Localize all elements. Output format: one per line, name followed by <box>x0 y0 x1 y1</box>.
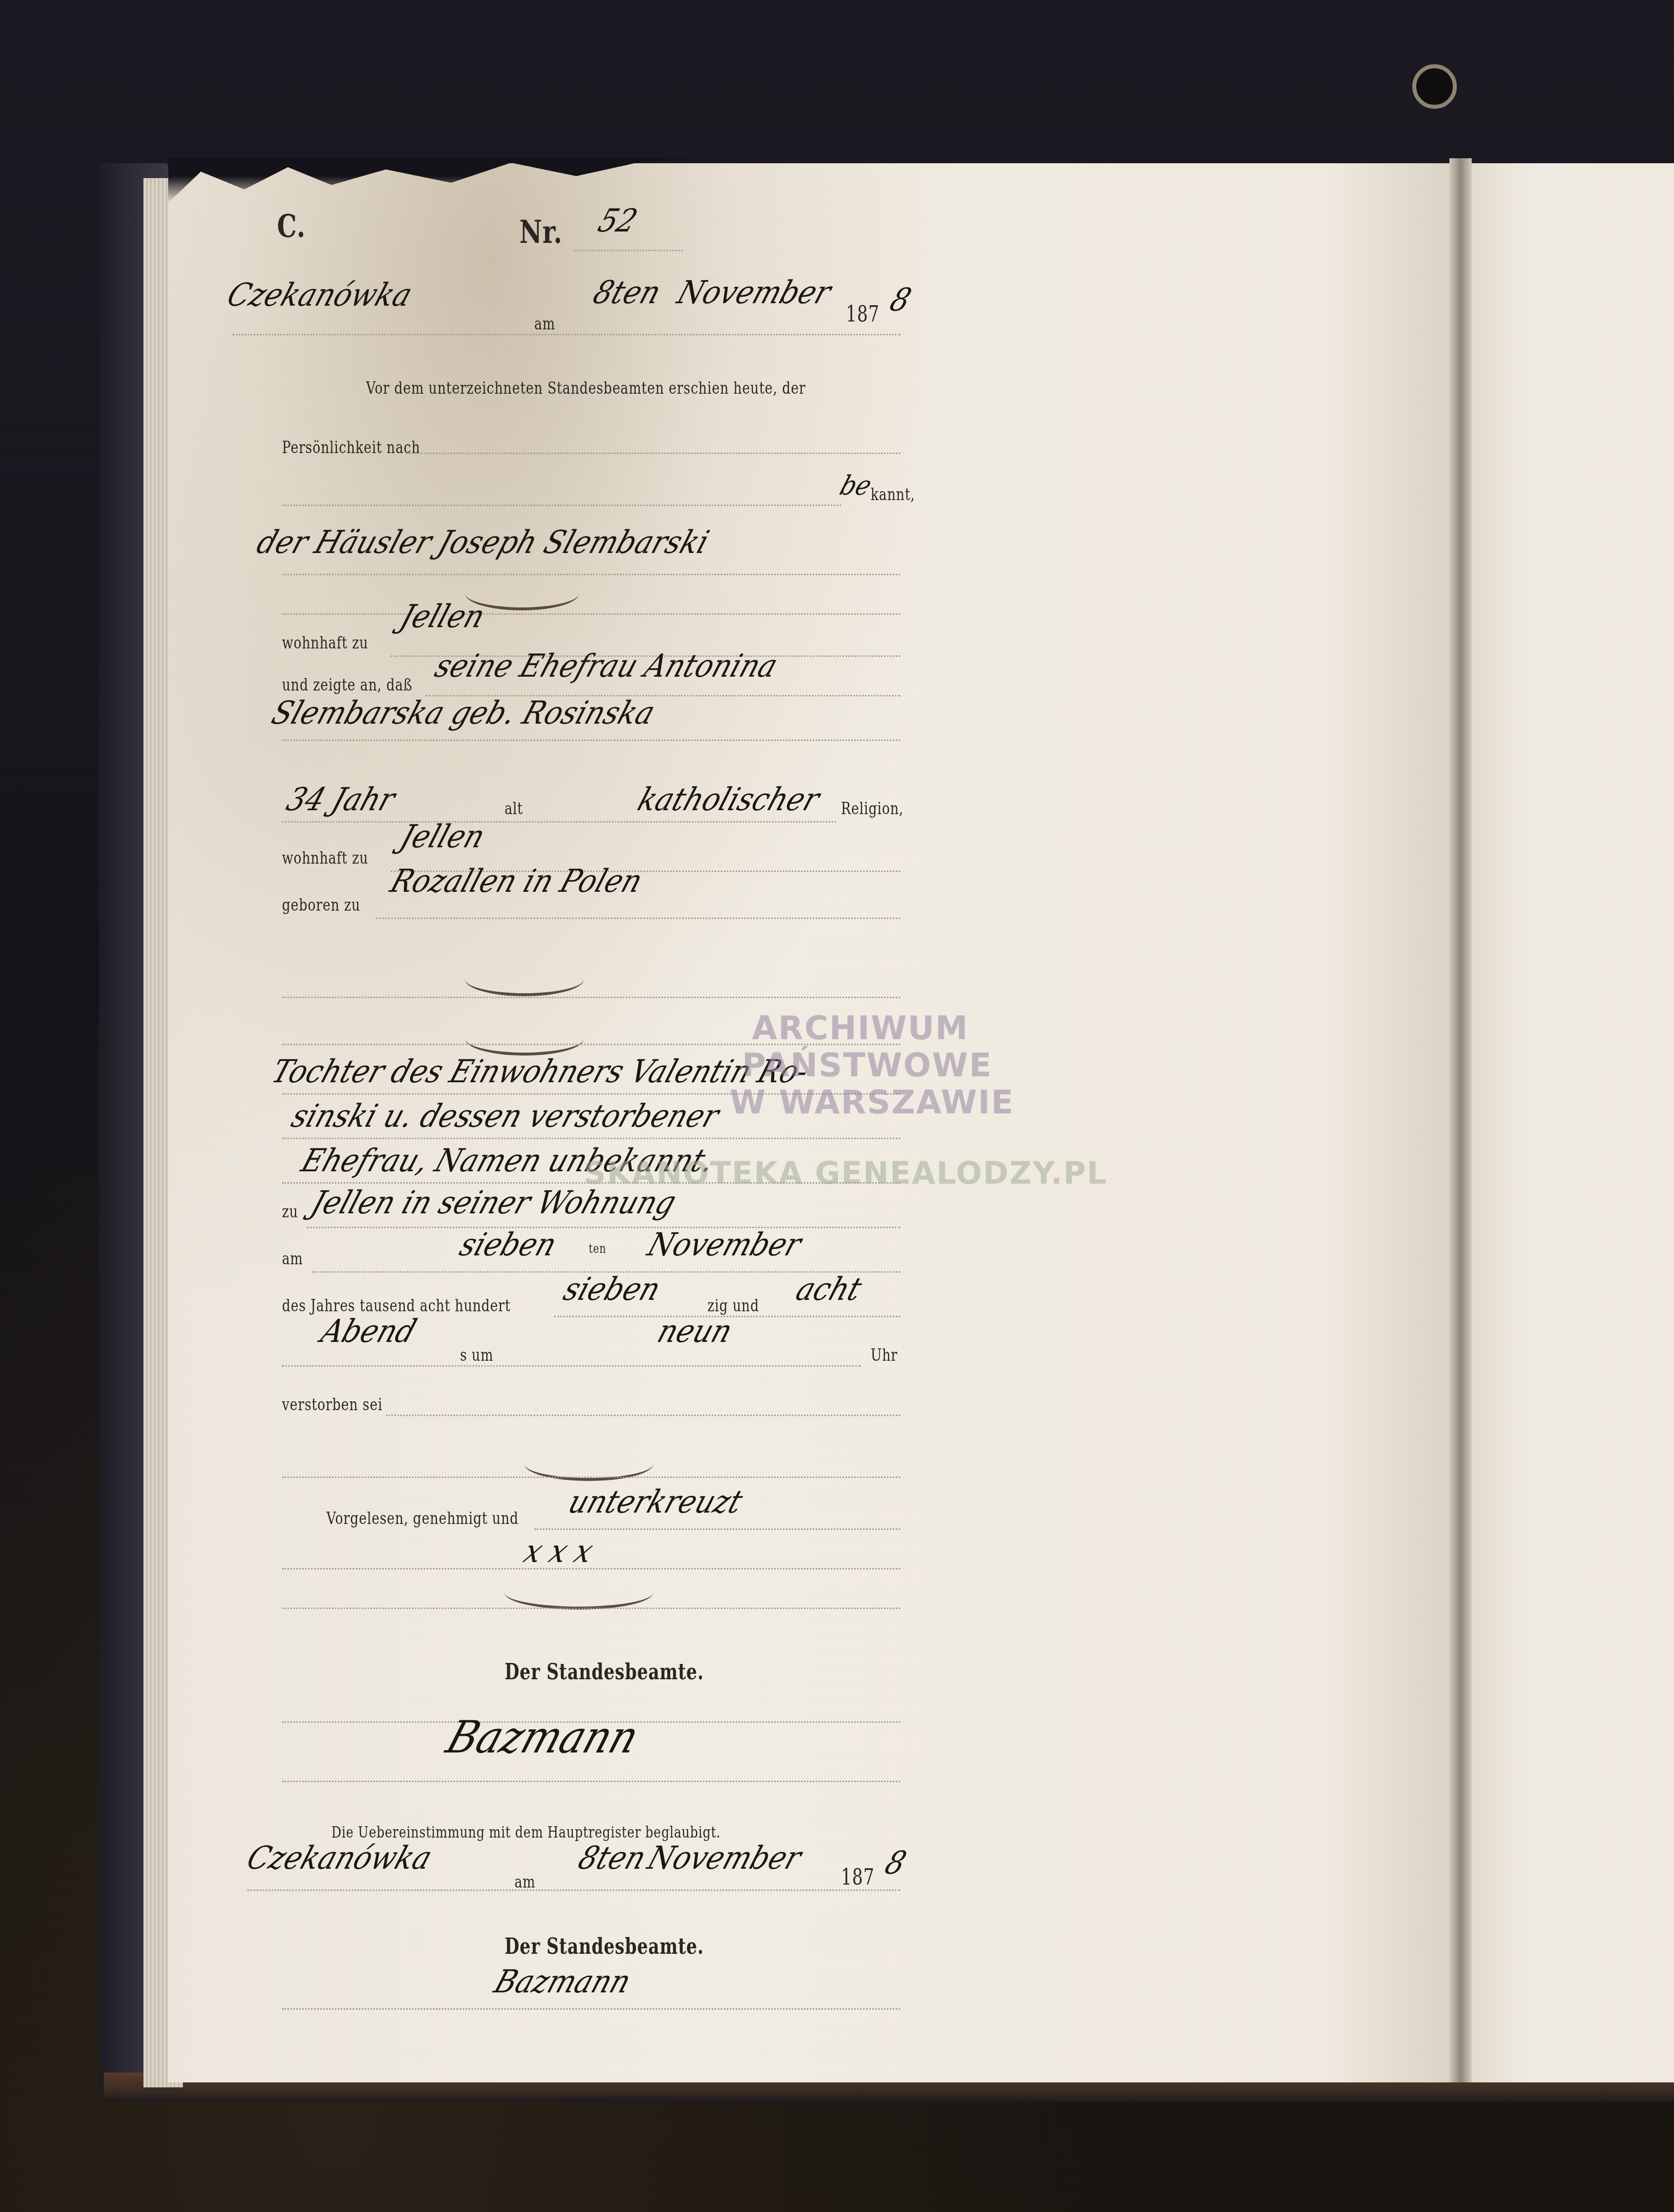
deceased-line-2: Slembarska geb. Rosinska <box>267 695 659 732</box>
dotted-line <box>282 2008 900 2010</box>
number-label: Nr. <box>519 214 562 251</box>
zeigte-label: und zeigte an, daß <box>282 675 413 695</box>
death-month: November <box>643 1227 806 1263</box>
am-label: am <box>282 1249 303 1269</box>
dotted-line <box>282 821 836 823</box>
geboren-value: Rozallen in Polen <box>386 863 647 900</box>
cert-month: November <box>643 1840 806 1877</box>
dotted-line <box>307 1227 900 1228</box>
dotted-line <box>282 997 900 998</box>
vorgelesen-label: Vorgelesen, genehmigt und <box>326 1509 518 1528</box>
vorgelesen-value: unterkreuzt <box>564 1484 747 1521</box>
deceased-line-1: seine Ehefrau Antonina <box>430 648 782 685</box>
cert-officer-title: Der Standesbeamte. <box>505 1934 704 1959</box>
series-letter: C. <box>277 208 306 245</box>
dotted-line <box>282 1568 900 1569</box>
identity-label: Persönlichkeit nach <box>282 438 420 458</box>
zig-und-label: zig und <box>707 1296 759 1316</box>
dotted-line <box>282 574 900 575</box>
officer-title: Der Standesbeamte. <box>505 1659 704 1685</box>
wohnhaft-label-2: wohnhaft zu <box>282 848 368 868</box>
dotted-line <box>406 453 900 454</box>
uhr-label: Uhr <box>871 1345 897 1365</box>
dotted-line <box>376 918 900 919</box>
bekannt-print: kannt, <box>871 485 915 505</box>
religion-label: Religion, <box>841 799 904 819</box>
dotted-line <box>247 1889 900 1891</box>
certification-line: Die Uebereinstimmung mit dem Hauptregist… <box>331 1823 721 1842</box>
marks: x x x <box>519 1533 598 1570</box>
wohnhaft-value-2: Jellen <box>396 819 489 855</box>
dotted-line <box>282 505 841 506</box>
parents-line-2: sinski u. dessen verstorbener <box>287 1098 723 1135</box>
header-am: am <box>534 314 556 334</box>
year-line-label: des Jahres tausend acht hundert <box>282 1296 511 1316</box>
zu-label: zu <box>282 1202 298 1222</box>
cert-year-prefix: 187 <box>841 1865 875 1890</box>
intro-line: Vor dem unterzeichneten Standesbeamten e… <box>366 378 806 398</box>
dotted-line <box>534 1528 900 1530</box>
dotted-line <box>282 1365 861 1367</box>
time-of-day: Abend <box>317 1313 421 1350</box>
facing-page <box>1472 163 1674 2082</box>
dotted-line <box>282 1781 900 1782</box>
alt-label: alt <box>505 799 523 819</box>
book-gutter <box>1449 158 1472 2082</box>
wohnhaft-value: Jellen <box>396 599 489 635</box>
header-day: 8ten <box>589 275 665 311</box>
hour: neun <box>653 1313 737 1350</box>
ten-label: ten <box>589 1242 606 1256</box>
year-units: acht <box>791 1271 866 1308</box>
watermark-line-4: SKANOTEKA GENEALODZY.PL <box>584 1155 1108 1191</box>
watermark-line-2: PAŃSTWOWE <box>742 1046 992 1084</box>
dotted-line <box>232 334 900 335</box>
age-value: 34 Jahr <box>282 782 400 818</box>
geboren-label: geboren zu <box>282 895 360 915</box>
declarant: der Häusler Joseph Slembarski <box>252 524 713 561</box>
wohnhaft-label: wohnhaft zu <box>282 633 368 653</box>
header-month: November <box>673 275 836 311</box>
verstorben-label: verstorben sei <box>282 1395 382 1415</box>
screw-icon <box>1412 64 1457 109</box>
dotted-line <box>282 1608 900 1609</box>
cert-am: am <box>514 1872 536 1892</box>
year-tens: sieben <box>559 1271 665 1308</box>
dotted-line <box>574 250 683 251</box>
dotted-line <box>282 1476 900 1478</box>
dotted-line <box>282 1138 900 1139</box>
header-year-prefix: 187 <box>846 302 880 327</box>
dotted-line <box>386 1415 900 1416</box>
cert-signature: Bazmann <box>490 1964 635 2000</box>
watermark-line-1: ARCHIWUM <box>752 1009 969 1047</box>
dotted-line <box>282 613 900 615</box>
dotted-line <box>282 739 900 741</box>
cert-day: 8ten <box>574 1840 651 1877</box>
s-um-label: s um <box>460 1345 493 1365</box>
header-place: Czekanówka <box>223 277 417 314</box>
officer-signature: Bazmann <box>440 1711 645 1763</box>
death-day: sieben <box>455 1227 561 1263</box>
watermark-line-3: W WARSZAWIE <box>730 1083 1014 1121</box>
religion-value: katholischer <box>633 782 824 818</box>
cert-place: Czekanówka <box>242 1840 436 1877</box>
